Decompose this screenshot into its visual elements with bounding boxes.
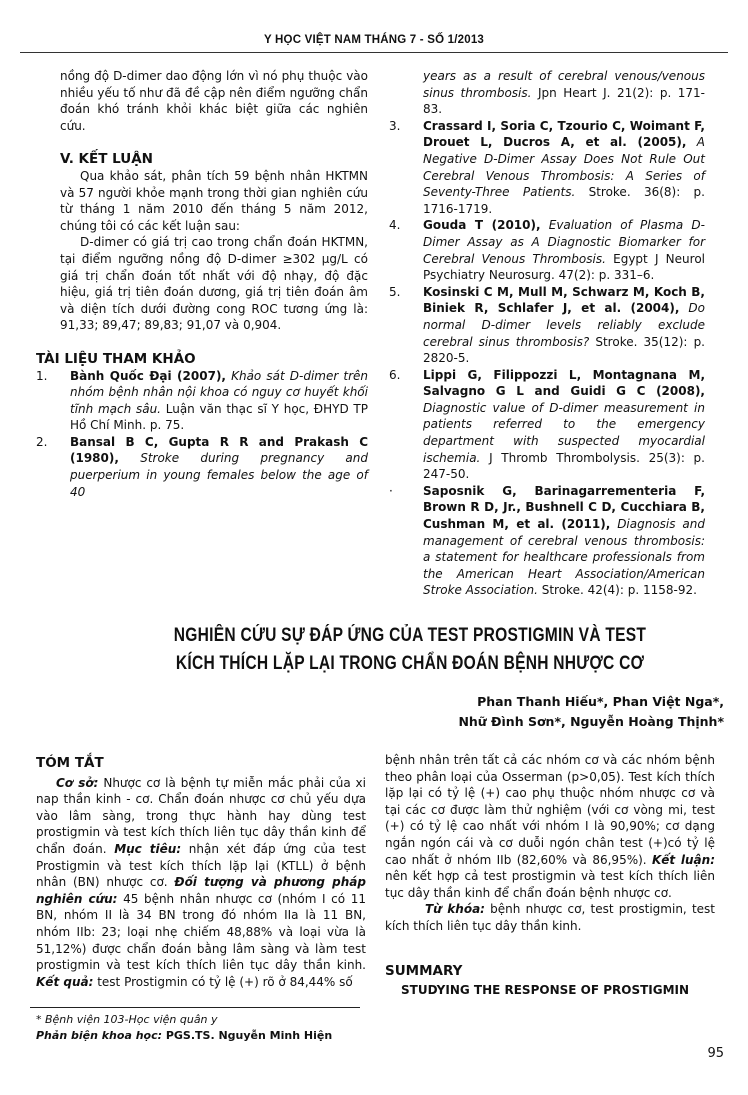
ref-authors: Bành Quốc Đại (2007), [70, 369, 226, 383]
article-title: NGHIÊN CỨU SỰ ĐÁP ỨNG CỦA TEST PROSTIGMI… [156, 622, 664, 678]
footnote: * Bệnh viện 103-Học viện quân y Phản biệ… [36, 1012, 332, 1044]
reference-item: 6. Lippi G, Filippozzi L, Montagnana M, … [389, 367, 705, 483]
reference-item: 1. Bành Quốc Đại (2007), Khảo sát D-dime… [36, 368, 368, 434]
page-number: 95 [707, 1046, 724, 1061]
continuation-paragraph: nồng độ D-dimer dao động lớn vì nó phụ t… [60, 68, 368, 134]
reference-item: 3. Crassard I, Soria C, Tzourio C, Woima… [389, 118, 705, 218]
abstract-left: TÓM TẮT Cơ sở: Nhược cơ là bệnh tự miễn … [36, 755, 366, 990]
reviewer: Phản biện khoa học: PGS.TS. Nguyễn Minh … [36, 1028, 332, 1044]
running-header: Y HỌC VIỆT NAM THÁNG 7 - SỐ 1/2013 [60, 34, 688, 46]
abstract-paragraph: Cơ sở: Nhược cơ là bệnh tự miễn mắc phải… [36, 775, 366, 991]
reference-item: 5. Kosinski C M, Mull M, Schwarz M, Koch… [389, 284, 705, 367]
reference-list-right: years as a result of cerebral venous/ven… [389, 68, 705, 599]
summary-subtitle: STUDYING THE RESPONSE OF PROSTIGMIN [385, 982, 715, 999]
abstract-continuation: bệnh nhân trên tất cả các nhóm cơ và các… [385, 752, 715, 901]
conclusion-paragraph-2: D-dimer có giá trị cao trong chẩn đoán H… [60, 234, 368, 334]
reference-item: · Saposnik G, Barinagarrementeria F, Bro… [389, 483, 705, 599]
reference-list-left: 1. Bành Quốc Đại (2007), Khảo sát D-dime… [36, 368, 368, 501]
conclusion-paragraph-1: Qua khảo sát, phân tích 59 bệnh nhân HKT… [60, 168, 368, 234]
reference-item-cont: years as a result of cerebral venous/ven… [389, 68, 705, 118]
abstract-right: bệnh nhân trên tất cả các nhóm cơ và các… [385, 752, 715, 999]
footnote-rule [30, 1007, 360, 1008]
header-rule [20, 52, 728, 53]
left-column-top: nồng độ D-dimer dao động lớn vì nó phụ t… [60, 68, 368, 500]
right-column-top: years as a result of cerebral venous/ven… [397, 68, 705, 599]
keywords: Từ khóa: bệnh nhược cơ, test prostigmin,… [385, 901, 715, 934]
reference-item: 4. Gouda T (2010), Evaluation of Plasma … [389, 217, 705, 283]
article-authors: Phan Thanh Hiếu*, Phan Việt Nga*, Nhữ Đì… [458, 692, 724, 732]
abstract-heading: TÓM TẮT [36, 755, 366, 772]
conclusion-heading: V. KẾT LUẬN [60, 151, 368, 168]
references-heading: TÀI LIỆU THAM KHẢO [36, 351, 368, 368]
summary-heading: SUMMARY [385, 963, 715, 980]
reference-item: 2. Bansal B C, Gupta R R and Prakash C (… [36, 434, 368, 500]
affiliation: * Bệnh viện 103-Học viện quân y [36, 1012, 332, 1028]
